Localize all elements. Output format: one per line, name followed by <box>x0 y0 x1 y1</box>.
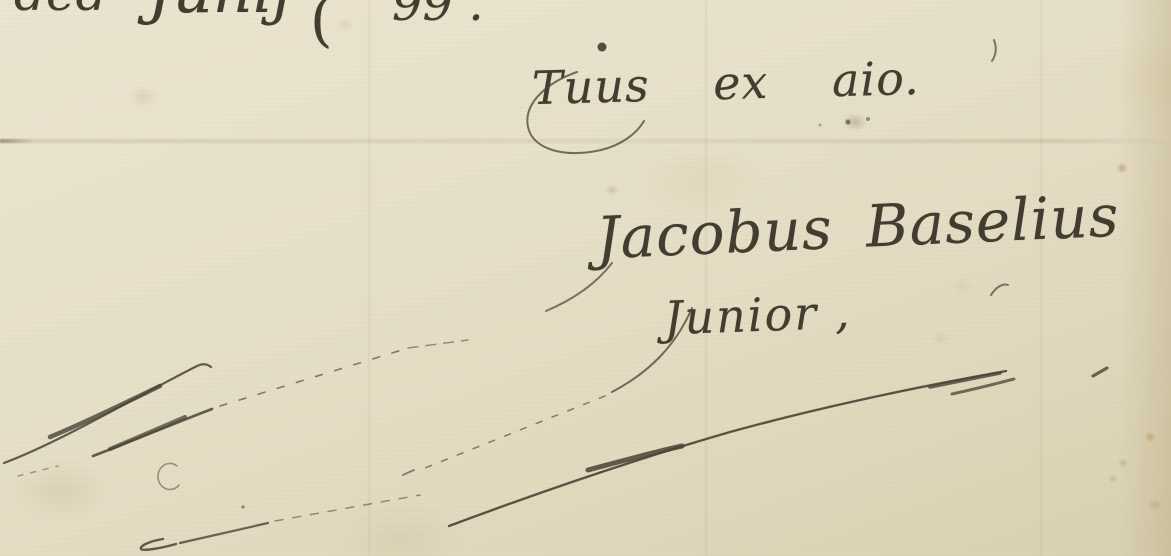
dateline-word: 99 . <box>392 0 484 32</box>
fold-crease <box>0 139 1171 143</box>
dateline-word: ded <box>14 0 108 22</box>
valediction-text: Tuus ex aio. <box>531 51 920 115</box>
dateline-fragment: ded Junij ( 99 . <box>8 0 488 78</box>
chain-line <box>1040 0 1042 556</box>
dateline-word: ( <box>310 0 333 54</box>
dateline-word: Junij <box>148 0 292 27</box>
manuscript-page: ded Junij ( 99 . Tuus ex aio. Jacobus Ba… <box>0 0 1171 556</box>
chain-line <box>368 0 370 556</box>
signature-suffix: Junior , <box>663 285 852 346</box>
